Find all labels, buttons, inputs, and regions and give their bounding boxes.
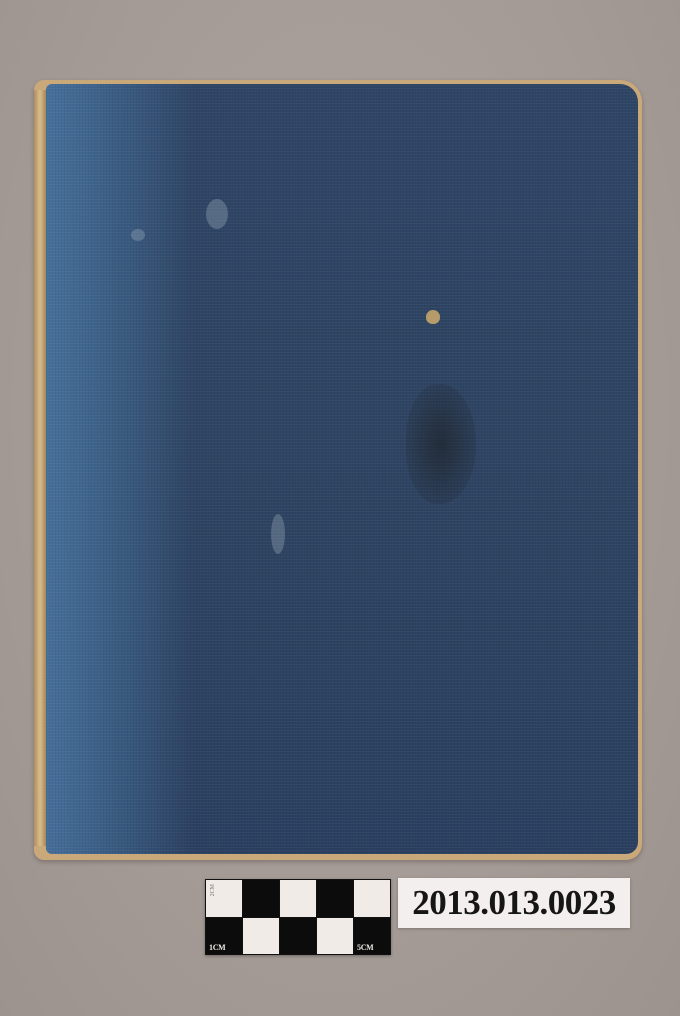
- accession-number-label: 2013.013.0023: [398, 878, 630, 928]
- accession-number: 2013.013.0023: [412, 883, 616, 923]
- scale-vertical-label: 2CM: [210, 884, 216, 896]
- scale-left-label: 1CM: [209, 943, 225, 952]
- scale-square: [317, 918, 353, 955]
- light-spot: [131, 229, 145, 241]
- scale-square: 1CM: [206, 918, 242, 955]
- dark-stain: [406, 384, 476, 504]
- scale-square: [280, 918, 316, 955]
- spine-edge: [34, 90, 46, 846]
- book-cover: [46, 84, 638, 854]
- worn-spot: [426, 310, 440, 324]
- scale-square: 2CM: [206, 880, 242, 917]
- scale-square: [243, 918, 279, 955]
- scale-square: [354, 880, 390, 917]
- light-spot: [271, 514, 285, 554]
- scale-square: [317, 880, 353, 917]
- scale-square: [280, 880, 316, 917]
- book: [34, 80, 642, 860]
- light-spot: [206, 199, 228, 229]
- scale-right-label: 5CM: [357, 943, 373, 952]
- scale-square: [243, 880, 279, 917]
- scale-bar: 2CM 1CM 5CM: [205, 879, 391, 955]
- cloth-texture: [46, 84, 638, 854]
- scale-square: 5CM: [354, 918, 390, 955]
